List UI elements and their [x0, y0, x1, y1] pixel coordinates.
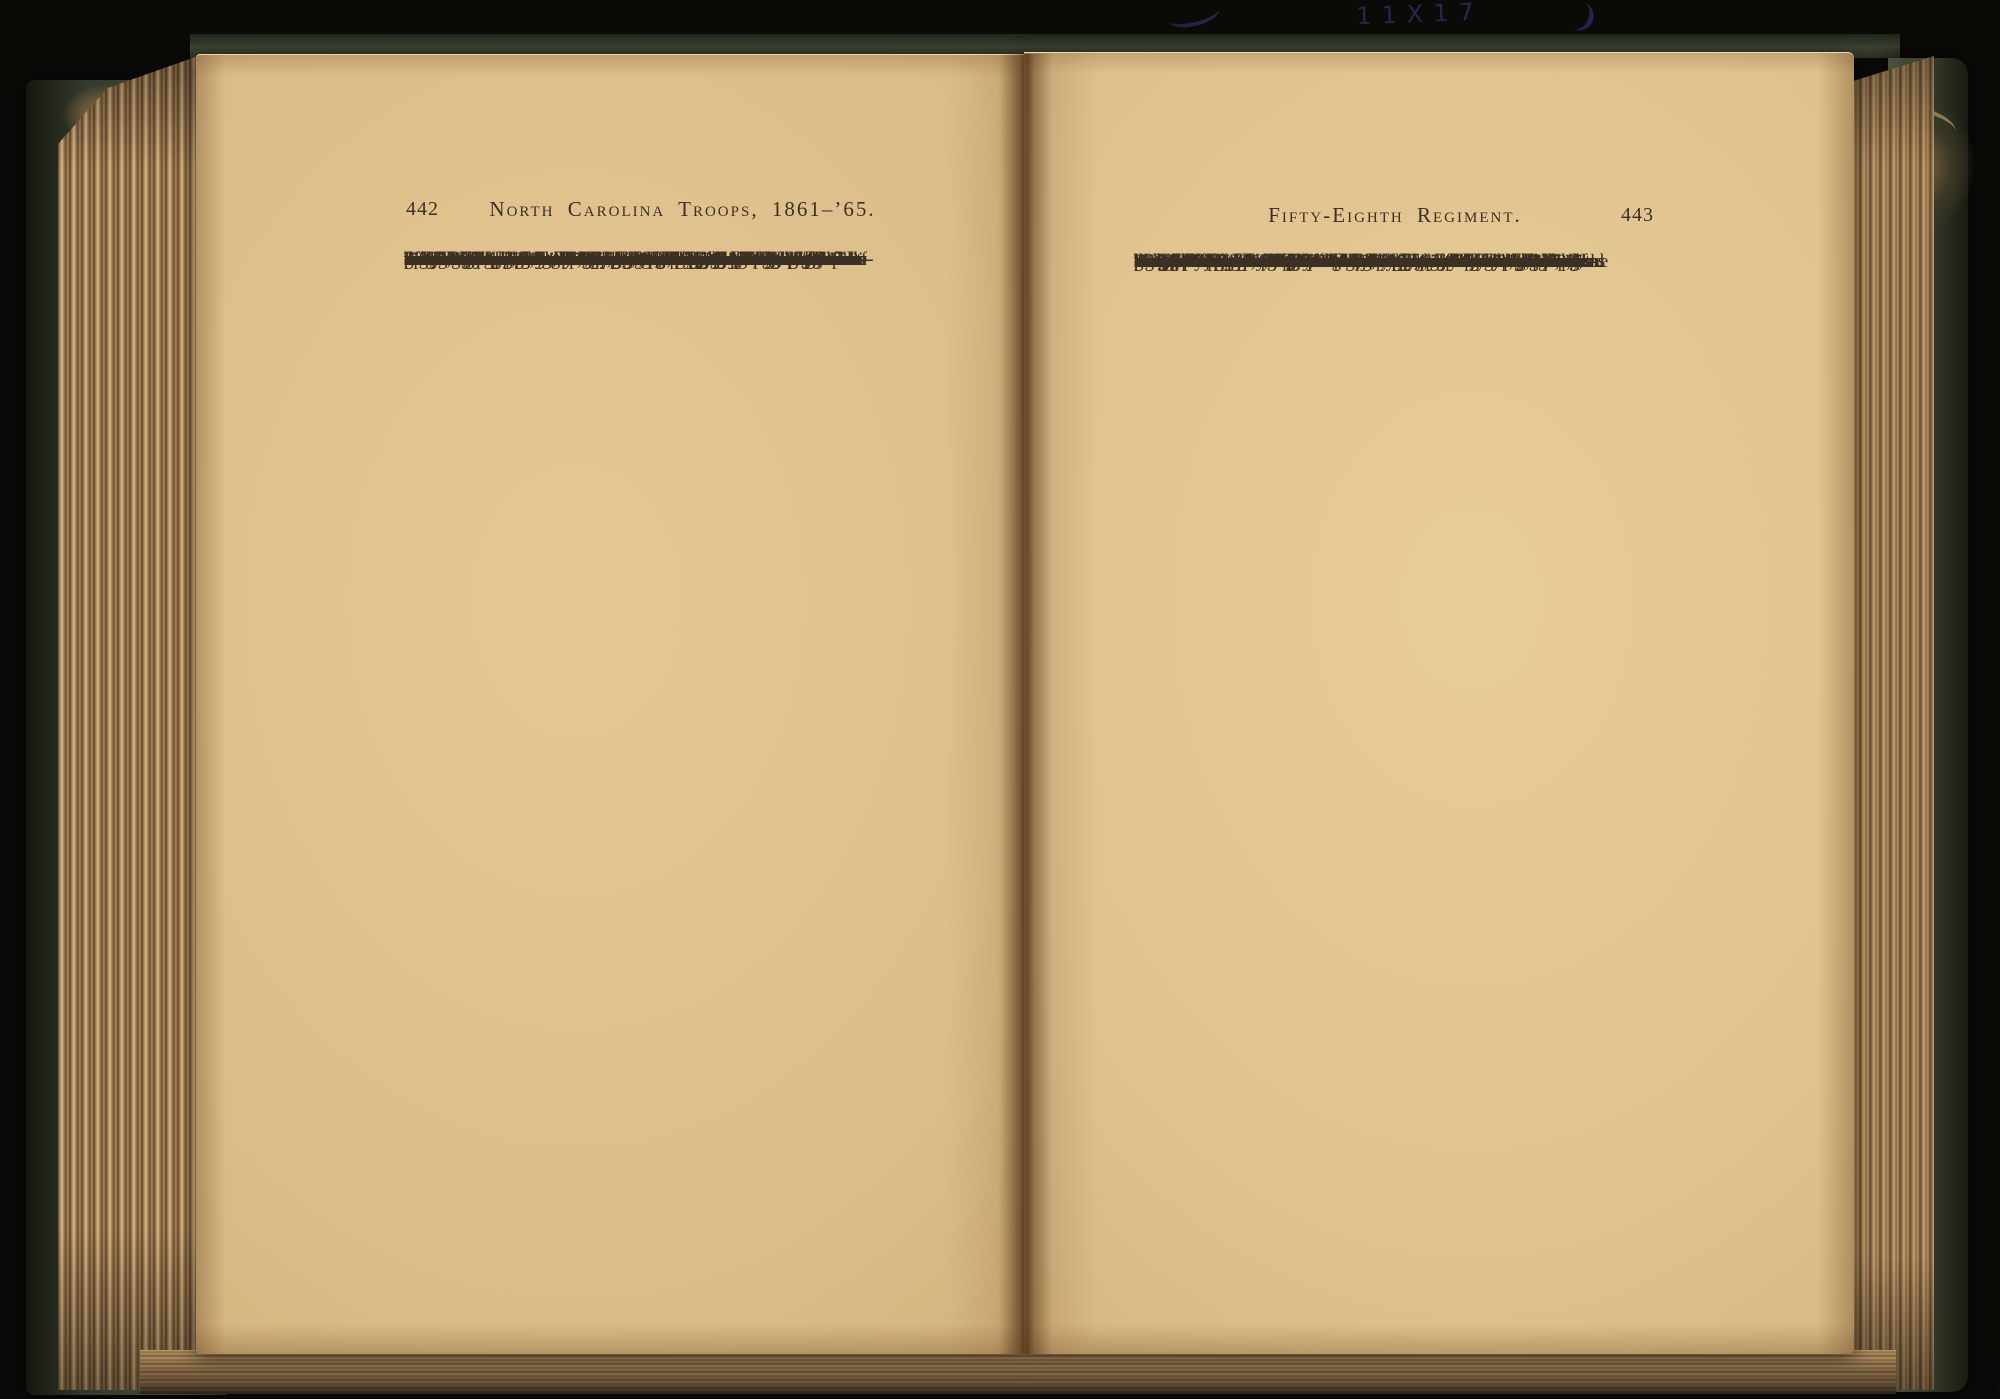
page-edges-right-stack	[1850, 56, 1934, 1390]
left-running-header: North Carolina Troops, 1861–’65.	[404, 197, 961, 222]
photo-blue-mark-curl	[1556, 0, 1599, 35]
right-page-header-row: Fifty-Eighth Regiment. 443	[1134, 203, 1656, 233]
left-page-body: going on, though musket balls were flyin…	[404, 248, 961, 1198]
page-edges-left-stack	[58, 48, 204, 1390]
right-running-header: Fifty-Eighth Regiment.	[1134, 203, 1656, 228]
text-line: In the ranks near this unfortunate man m…	[1134, 250, 1588, 274]
photo-background: 11X17 442 North Carolina Troops, 1861–’6…	[0, 0, 2000, 1399]
right-page: Fifty-Eighth Regiment. 443 “what that fi…	[1024, 52, 1854, 1354]
right-page-number: 443	[1621, 204, 1654, 227]
text-line: rear, the firing attracted attention, an…	[404, 248, 822, 272]
book-gutter-shadow	[1000, 54, 1052, 1354]
left-page: 442 North Carolina Troops, 1861–’65. goi…	[196, 54, 1024, 1354]
right-page-body: “what that fire in rear of the army mean…	[1134, 250, 1656, 1200]
page-edges-bottom-stack	[140, 1350, 1896, 1394]
left-page-header-row: 442 North Carolina Troops, 1861–’65.	[404, 197, 961, 227]
photo-blue-mark-text: 11X17	[1254, 0, 1585, 38]
photo-blue-mark-curl	[1166, 0, 1222, 32]
